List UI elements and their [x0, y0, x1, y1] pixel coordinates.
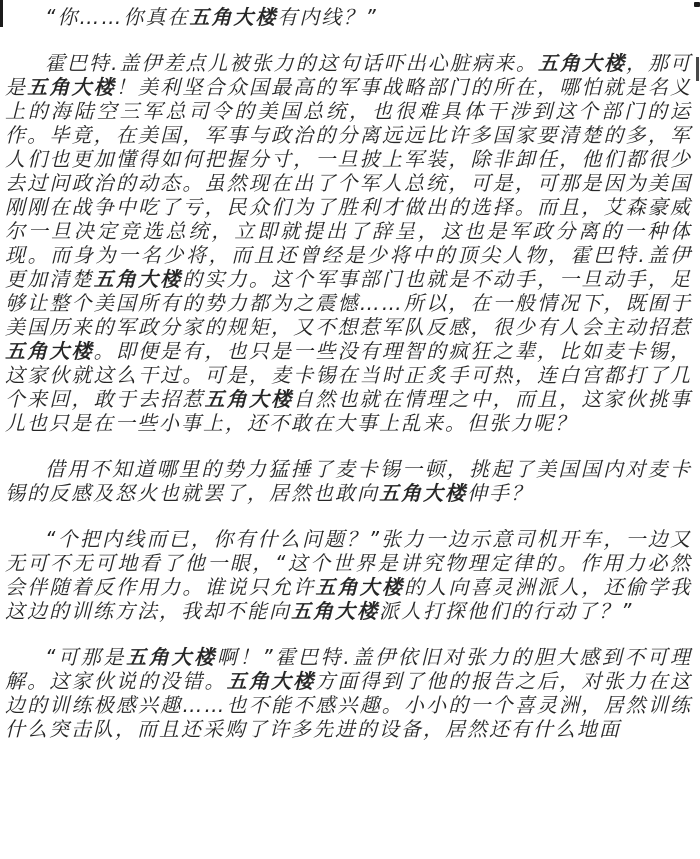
bold-term: 五角大楼: [379, 481, 467, 505]
scan-artifact: [0, 0, 3, 27]
bold-term: 五角大楼: [315, 575, 404, 599]
bold-term: 五角大楼: [205, 387, 294, 411]
bold-term: 五角大楼: [126, 645, 217, 669]
page-body: “你……你真在五角大楼有内线？”霍巴特.盖伊差点儿被张力的这句话吓出心脏病来。五…: [5, 5, 692, 763]
scan-artifact: [694, 2, 700, 7]
bold-term: 五角大楼: [227, 669, 316, 693]
novel-page: “你……你真在五角大楼有内线？”霍巴特.盖伊差点儿被张力的这句话吓出心脏病来。五…: [0, 0, 700, 859]
paragraph: 借用不知道哪里的势力猛捶了麦卡锡一顿，挑起了美国国内对麦卡锡的反感及怒火也就罢了…: [5, 457, 692, 505]
bold-term: 五角大楼: [27, 75, 116, 99]
paragraph: “可那是五角大楼啊！”霍巴特.盖伊依旧对张力的胆大感到不可理解。这家伙说的没错。…: [5, 645, 692, 741]
bold-term: 五角大楼: [538, 51, 626, 75]
bold-term: 五角大楼: [291, 599, 379, 623]
paragraph: “你……你真在五角大楼有内线？”: [5, 5, 692, 29]
bold-term: 五角大楼: [94, 267, 183, 291]
bold-term: 五角大楼: [189, 5, 277, 29]
paragraph: 霍巴特.盖伊差点儿被张力的这句话吓出心脏病来。五角大楼，那可是五角大楼！美利坚合…: [5, 51, 692, 435]
bold-term: 五角大楼: [5, 339, 94, 363]
paragraph: “个把内线而已，你有什么问题？”张力一边示意司机开车，一边又无可不无可地看了他一…: [5, 527, 692, 623]
scan-artifact: [696, 57, 699, 81]
